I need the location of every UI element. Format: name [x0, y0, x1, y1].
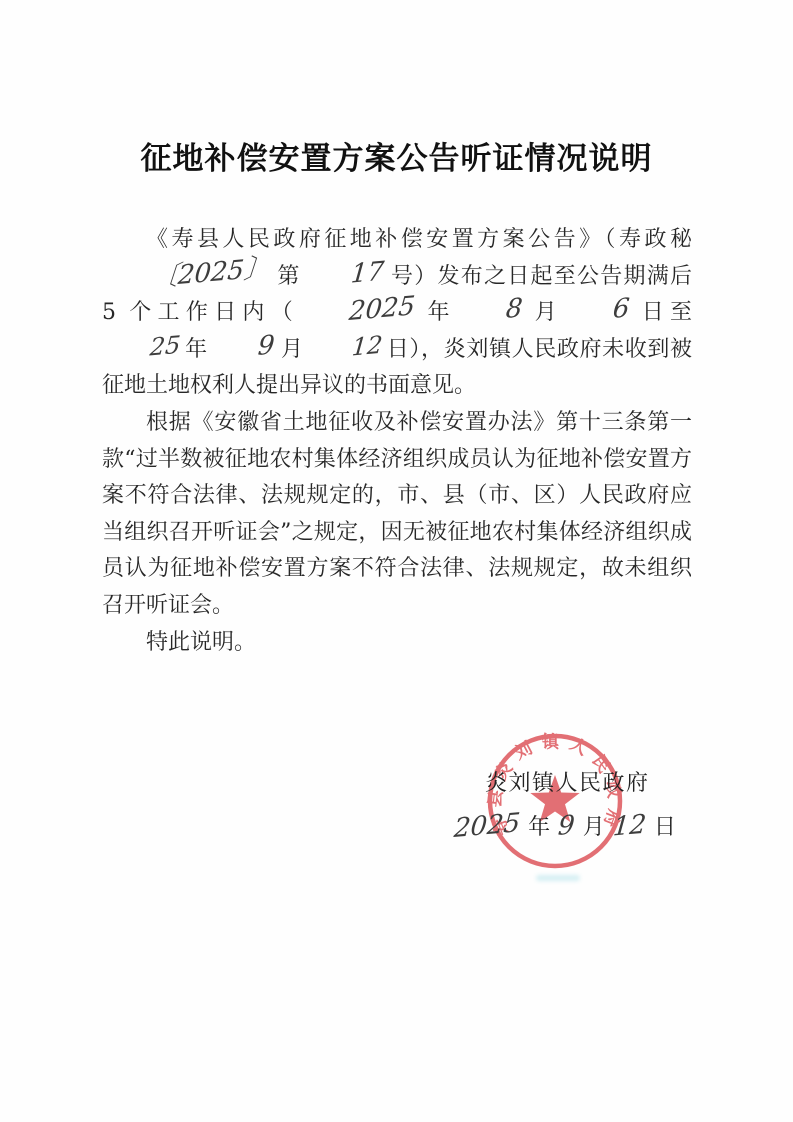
print-segment: 月 — [280, 337, 303, 362]
handwritten-start-day: 6 — [568, 298, 630, 324]
month-label: 月 — [583, 815, 605, 840]
document-title: 征地补偿安置方案公告听证情况说明 — [0, 0, 793, 180]
handwritten-doc-number-year: 〔2025〕 — [107, 257, 270, 291]
official-seal-stamp: 寿县炎刘镇人民政府 — [475, 715, 635, 887]
print-segment: 年 — [185, 337, 208, 362]
handwritten-doc-number: 17 — [306, 261, 385, 288]
handwritten-sig-month: 9 — [557, 815, 575, 837]
handwritten-end-month: 9 — [213, 335, 275, 361]
paragraph-closing: 特此说明。 — [102, 625, 692, 662]
handwritten-end-year: 25 — [105, 334, 181, 361]
paragraph-legal-basis: 根据《安徽省土地征收及补偿安置办法》第十三条第一款“过半数被征地农村集体经济组织… — [102, 405, 692, 625]
document-page: 征地补偿安置方案公告听证情况说明 《寿县人民政府征地补偿安置方案公告》（寿政秘〔… — [0, 0, 793, 1122]
handwritten-start-month: 8 — [461, 298, 523, 324]
handwritten-end-day: 12 — [307, 334, 383, 361]
handwritten-sig-day: 12 — [612, 814, 647, 837]
print-segment: 月 — [528, 300, 563, 325]
print-segment: 年 — [421, 300, 456, 325]
signature-date: 2025年9月12日 — [446, 810, 676, 841]
document-body: 《寿县人民政府征地补偿安置方案公告》（寿政秘〔2025〕第17号）发布之日起至公… — [102, 222, 692, 661]
print-segment: 日至 — [635, 300, 692, 325]
day-label: 日 — [654, 815, 676, 840]
handwritten-sig-year: 2025 — [453, 813, 521, 839]
handwritten-start-year: 2025 — [304, 296, 416, 326]
print-segment: 第 — [276, 264, 301, 289]
print-segment: 《寿县人民政府征地补偿安置方案公告》（寿政秘 — [146, 227, 692, 252]
signature-government-name: 炎刘镇人民政府 — [485, 766, 650, 797]
year-label: 年 — [528, 815, 550, 840]
paragraph-announcement-period: 《寿县人民政府征地补偿安置方案公告》（寿政秘〔2025〕第17号）发布之日起至公… — [102, 222, 692, 405]
